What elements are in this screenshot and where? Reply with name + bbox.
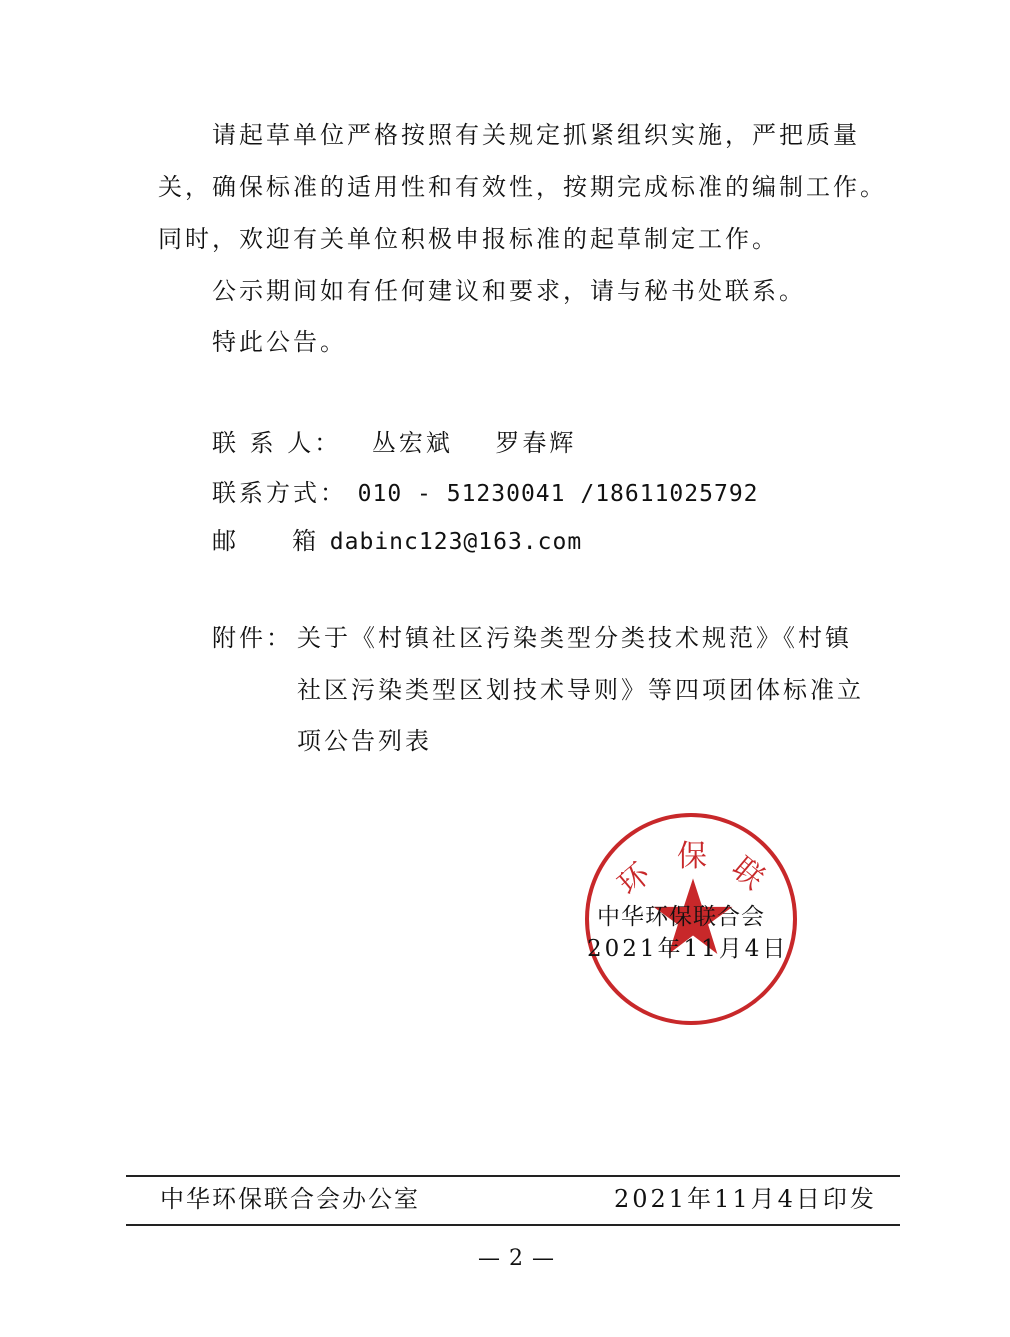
contact-person-label: 联 系 人： [212, 429, 341, 457]
contact-person-names: 丛宏斌 罗春辉 [372, 429, 577, 457]
contact-email-label: 邮 箱 [212, 527, 319, 555]
seal-char: 环 [606, 851, 657, 904]
body-line: 关，确保标准的适用性和有效性，按期完成标准的编制工作。 [158, 172, 887, 202]
body-line: 公示期间如有任何建议和要求，请与秘书处联系。 [212, 276, 806, 306]
contact-email-value: dabinc123@163.com [330, 529, 582, 555]
body-line: 同时，欢迎有关单位积极申报标准的起草制定工作。 [158, 224, 779, 254]
contact-method-label: 联系方式： [212, 479, 347, 507]
footer-issuer: 中华环保联合会办公室 [160, 1184, 420, 1214]
signing-organization: 中华环保联合会 [597, 903, 765, 931]
attachment-label: 附件： [212, 623, 293, 653]
closing-line: 特此公告。 [212, 327, 347, 357]
attachment-line: 社区污染类型区划技术导则》等四项团体标准立 [297, 675, 864, 705]
contact-email: 邮 箱 dabinc123@163.com [212, 526, 582, 557]
footer-rule-top [126, 1175, 900, 1177]
footer-issue-date: 2021年11月4日印发 [614, 1184, 877, 1214]
attachment-line: 项公告列表 [297, 726, 432, 756]
contact-method: 联系方式： 010 - 51230041 /18611025792 [212, 478, 759, 509]
body-line: 请起草单位严格按照有关规定抓紧组织实施，严把质量 [212, 120, 860, 150]
signing-date: 2021年11月4日 [587, 935, 788, 963]
contact-person: 联 系 人： 丛宏斌 罗春辉 [212, 428, 576, 458]
footer-rule-bottom [126, 1224, 900, 1226]
page-number: — 2 — [478, 1244, 555, 1274]
attachment-line: 关于《村镇社区污染类型分类技术规范》《村镇 [297, 623, 852, 653]
contact-phone: 010 - 51230041 /18611025792 [358, 481, 759, 507]
seal-char: 保 [677, 831, 707, 875]
